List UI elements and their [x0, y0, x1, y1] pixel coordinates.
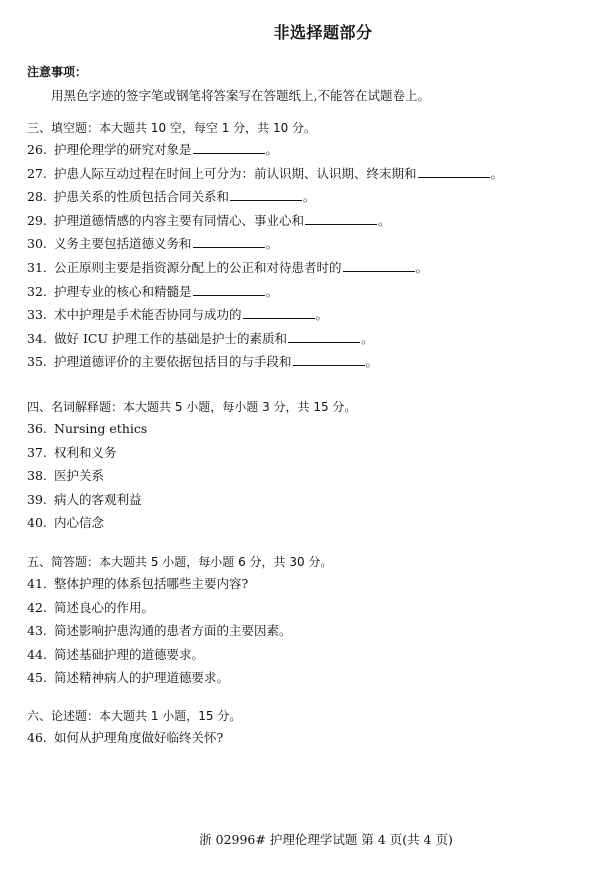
question-31: 31.公正原则主要是指资源分配上的公正和对待患者时的。	[27, 256, 607, 280]
question-number: 41.	[27, 572, 54, 596]
question-stem: 做好 ICU 护理工作的基础是护士的素质和	[54, 331, 287, 346]
question-number: 42.	[27, 596, 54, 620]
notice-label: 注意事项：	[27, 63, 87, 80]
answer-blank	[193, 139, 265, 154]
question-41: 41.整体护理的体系包括哪些主要内容?	[27, 572, 607, 596]
question-end: 。	[266, 236, 279, 251]
answer-blank	[193, 233, 265, 248]
question-number: 27.	[27, 162, 54, 186]
section-header: 五、简答题：本大题共 5 小题，每小题 6 分，共 30 分。	[27, 552, 607, 572]
question-number: 30.	[27, 232, 54, 256]
question-stem: 护患人际互动过程在时间上可分为：前认识期、认识期、终末期和	[54, 166, 417, 181]
question-number: 35.	[27, 350, 54, 374]
question-number: 33.	[27, 303, 54, 327]
question-stem: 义务主要包括道德义务和	[54, 236, 192, 251]
question-32: 32.护理专业的核心和精髓是。	[27, 280, 607, 304]
notice-text: 用黑色字迹的签字笔或钢笔将答案写在答题纸上,不能答在试题卷上。	[51, 86, 430, 104]
section-essay: 六、论述题：本大题共 1 小题，15 分。 46.如何从护理角度做好临终关怀?	[27, 706, 607, 750]
question-end: 。	[266, 142, 279, 157]
question-end: 。	[366, 354, 379, 369]
question-text: 护患人际互动过程在时间上可分为：前认识期、认识期、终末期和。	[54, 162, 503, 186]
question-text: 做好 ICU 护理工作的基础是护士的素质和。	[54, 327, 374, 351]
question-text: Nursing ethics	[54, 417, 147, 441]
question-text: 护理道德情感的内容主要有同情心、事业心和。	[54, 209, 391, 233]
question-number: 46.	[27, 726, 54, 750]
answer-blank	[293, 351, 365, 366]
question-36: 36.Nursing ethics	[27, 417, 607, 441]
question-43: 43.简述影响护患沟通的患者方面的主要因素。	[27, 619, 607, 643]
question-text: 护理道德评价的主要依据包括目的与手段和。	[54, 350, 378, 374]
section-term-definitions: 四、名词解释题：本大题共 5 小题，每小题 3 分，共 15 分。 36.Nur…	[27, 397, 607, 535]
question-number: 32.	[27, 280, 54, 304]
question-number: 45.	[27, 666, 54, 690]
question-text: 内心信念	[54, 511, 104, 535]
question-number: 31.	[27, 256, 54, 280]
answer-blank	[288, 328, 360, 343]
question-number: 36.	[27, 417, 54, 441]
question-end: 。	[316, 307, 329, 322]
question-text: 权利和义务	[54, 441, 117, 465]
section-short-answer: 五、简答题：本大题共 5 小题，每小题 6 分，共 30 分。 41.整体护理的…	[27, 552, 607, 690]
question-number: 29.	[27, 209, 54, 233]
question-stem: 护理道德评价的主要依据包括目的与手段和	[54, 354, 292, 369]
question-end: 。	[303, 189, 316, 204]
question-end: 。	[491, 166, 504, 181]
question-33: 33.术中护理是手术能否协同与成功的。	[27, 303, 607, 327]
answer-blank	[243, 304, 315, 319]
question-26: 26.护理伦理学的研究对象是。	[27, 138, 607, 162]
question-stem: 护理伦理学的研究对象是	[54, 142, 192, 157]
question-34: 34.做好 ICU 护理工作的基础是护士的素质和。	[27, 327, 607, 351]
answer-blank	[230, 186, 302, 201]
question-text: 简述影响护患沟通的患者方面的主要因素。	[54, 619, 292, 643]
question-text: 公正原则主要是指资源分配上的公正和对待患者时的。	[54, 256, 428, 280]
question-29: 29.护理道德情感的内容主要有同情心、事业心和。	[27, 209, 607, 233]
page-footer: 浙 02996# 护理伦理学试题 第 4 页(共 4 页)	[0, 830, 616, 848]
question-text: 如何从护理角度做好临终关怀?	[54, 726, 223, 750]
answer-blank	[193, 281, 265, 296]
question-number: 40.	[27, 511, 54, 535]
question-end: 。	[266, 284, 279, 299]
question-40: 40.内心信念	[27, 511, 607, 535]
question-35: 35.护理道德评价的主要依据包括目的与手段和。	[27, 350, 607, 374]
question-number: 26.	[27, 138, 54, 162]
question-number: 28.	[27, 185, 54, 209]
question-37: 37.权利和义务	[27, 441, 607, 465]
question-number: 43.	[27, 619, 54, 643]
question-end: 。	[378, 213, 391, 228]
question-30: 30.义务主要包括道德义务和。	[27, 232, 607, 256]
section-header: 四、名词解释题：本大题共 5 小题，每小题 3 分，共 15 分。	[27, 397, 607, 417]
answer-blank	[343, 257, 415, 272]
question-text: 简述基础护理的道德要求。	[54, 643, 204, 667]
question-text: 医护关系	[54, 464, 104, 488]
question-text: 义务主要包括道德义务和。	[54, 232, 278, 256]
question-stem: 护理专业的核心和精髓是	[54, 284, 192, 299]
question-28: 28.护患关系的性质包括合同关系和。	[27, 185, 607, 209]
question-stem: 护理道德情感的内容主要有同情心、事业心和	[54, 213, 304, 228]
section-fill-in-blank: 三、填空题：本大题共 10 空，每空 1 分，共 10 分。 26.护理伦理学的…	[27, 118, 607, 374]
page-title: 非选择题部分	[0, 20, 616, 43]
question-number: 39.	[27, 488, 54, 512]
question-text: 护理专业的核心和精髓是。	[54, 280, 278, 304]
question-27: 27.护患人际互动过程在时间上可分为：前认识期、认识期、终末期和。	[27, 162, 607, 186]
question-text: 整体护理的体系包括哪些主要内容?	[54, 572, 248, 596]
question-text: 简述精神病人的护理道德要求。	[54, 666, 229, 690]
question-text: 简述良心的作用。	[54, 596, 154, 620]
question-end: 。	[416, 260, 429, 275]
section-header: 三、填空题：本大题共 10 空，每空 1 分，共 10 分。	[27, 118, 607, 138]
question-45: 45.简述精神病人的护理道德要求。	[27, 666, 607, 690]
section-header: 六、论述题：本大题共 1 小题，15 分。	[27, 706, 607, 726]
question-text: 病人的客观利益	[54, 488, 142, 512]
answer-blank	[418, 163, 490, 178]
question-number: 44.	[27, 643, 54, 667]
question-39: 39.病人的客观利益	[27, 488, 607, 512]
question-text: 护患关系的性质包括合同关系和。	[54, 185, 316, 209]
question-text: 护理伦理学的研究对象是。	[54, 138, 278, 162]
question-42: 42.简述良心的作用。	[27, 596, 607, 620]
question-number: 34.	[27, 327, 54, 351]
question-38: 38.医护关系	[27, 464, 607, 488]
question-number: 38.	[27, 464, 54, 488]
question-text: 术中护理是手术能否协同与成功的。	[54, 303, 328, 327]
answer-blank	[305, 210, 377, 225]
question-46: 46.如何从护理角度做好临终关怀?	[27, 726, 607, 750]
question-stem: 公正原则主要是指资源分配上的公正和对待患者时的	[54, 260, 342, 275]
question-44: 44.简述基础护理的道德要求。	[27, 643, 607, 667]
question-number: 37.	[27, 441, 54, 465]
question-stem: 护患关系的性质包括合同关系和	[54, 189, 229, 204]
question-end: 。	[361, 331, 374, 346]
exam-page: 非选择题部分 注意事项： 用黑色字迹的签字笔或钢笔将答案写在答题纸上,不能答在试…	[0, 0, 616, 894]
question-stem: 术中护理是手术能否协同与成功的	[54, 307, 242, 322]
